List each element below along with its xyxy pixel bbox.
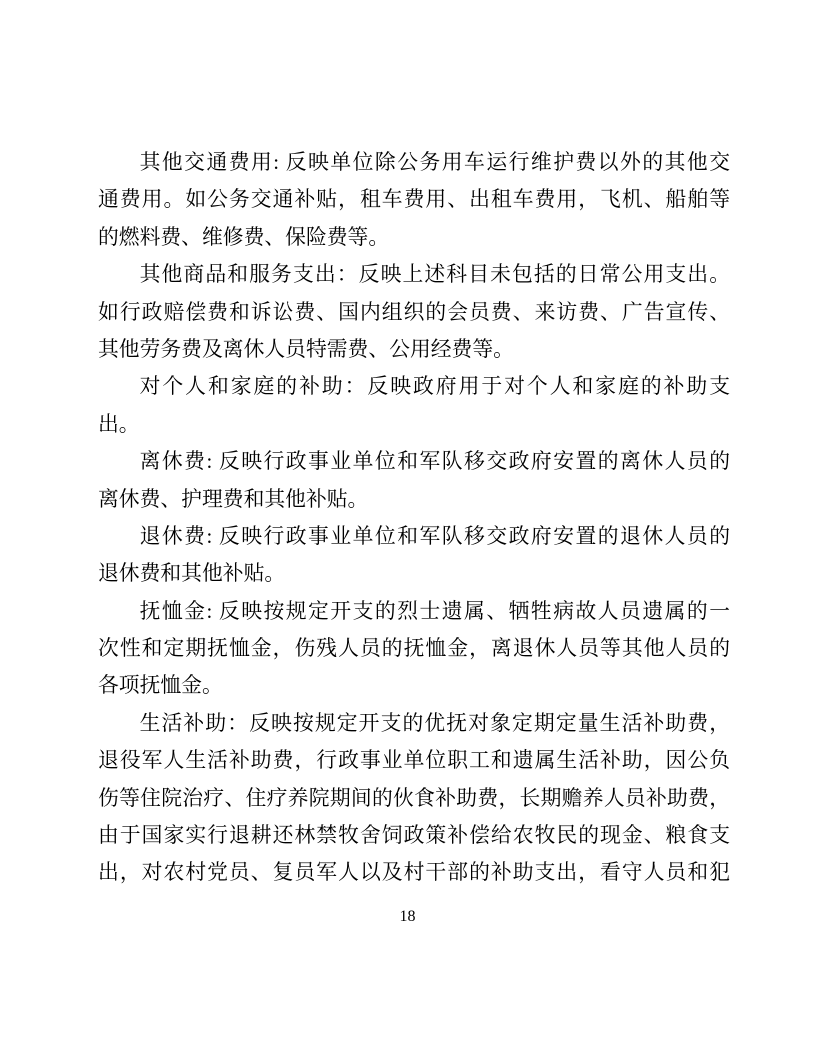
paragraph: 其他商品和服务支出：反映上述科目未包括的日常公用支出。如行政赔偿费和诉讼费、国内… (98, 256, 730, 368)
text-line: 次性和定期抚恤金，伤残人员的抚恤金，离退休人员等其他人员的 (98, 630, 730, 667)
text-line: 退休费和其他补贴。 (98, 555, 730, 592)
text-line: 退役军人生活补助费，行政事业单位职工和遗属生活补助，因公负 (98, 742, 730, 779)
paragraph: 抚恤金: 反映按规定开支的烈士遗属、牺牲病故人员遗属的一次性和定期抚恤金，伤残人… (98, 593, 730, 705)
text-line: 抚恤金: 反映按规定开支的烈士遗属、牺牲病故人员遗属的一 (98, 593, 730, 630)
text-line: 离休费: 反映行政事业单位和军队移交政府安置的离休人员的 (98, 443, 730, 480)
text-line: 对个人和家庭的补助：反映政府用于对个人和家庭的补助支 (98, 368, 730, 405)
paragraph: 退休费: 反映行政事业单位和军队移交政府安置的退休人员的退休费和其他补贴。 (98, 518, 730, 593)
text-line: 各项抚恤金。 (98, 667, 730, 704)
text-line: 其他劳务费及离休人员特需费、公用经费等。 (98, 331, 730, 368)
text-line: 如行政赔偿费和诉讼费、国内组织的会员费、来访费、广告宣传、 (98, 294, 730, 331)
text-line: 离休费、护理费和其他补贴。 (98, 481, 730, 518)
paragraph: 对个人和家庭的补助：反映政府用于对个人和家庭的补助支出。 (98, 368, 730, 443)
text-line: 生活补助：反映按规定开支的优抚对象定期定量生活补助费， (98, 705, 730, 742)
text-line: 出，对农村党员、复员军人以及村干部的补助支出，看守人员和犯 (98, 854, 730, 891)
text-line: 伤等住院治疗、住疗养院期间的伙食补助费，长期赡养人员补助费， (98, 780, 730, 817)
paragraph: 其他交通费用: 反映单位除公务用车运行维护费以外的其他交通费用。如公务交通补贴，… (98, 144, 730, 256)
body-text: 其他交通费用: 反映单位除公务用车运行维护费以外的其他交通费用。如公务交通补贴，… (98, 144, 730, 892)
text-line: 通费用。如公务交通补贴，租车费用、出租车费用，飞机、船舶等 (98, 181, 730, 218)
text-line: 其他交通费用: 反映单位除公务用车运行维护费以外的其他交 (98, 144, 730, 181)
text-line: 的燃料费、维修费、保险费等。 (98, 219, 730, 256)
page-number: 18 (0, 909, 815, 925)
text-line: 退休费: 反映行政事业单位和军队移交政府安置的退休人员的 (98, 518, 730, 555)
text-line: 由于国家实行退耕还林禁牧舍饲政策补偿给农牧民的现金、粮食支 (98, 817, 730, 854)
paragraph: 离休费: 反映行政事业单位和军队移交政府安置的离休人员的离休费、护理费和其他补贴… (98, 443, 730, 518)
document-page: 其他交通费用: 反映单位除公务用车运行维护费以外的其他交通费用。如公务交通补贴，… (0, 0, 815, 1055)
paragraph: 生活补助：反映按规定开支的优抚对象定期定量生活补助费，退役军人生活补助费，行政事… (98, 705, 730, 892)
text-line: 出。 (98, 406, 730, 443)
text-line: 其他商品和服务支出：反映上述科目未包括的日常公用支出。 (98, 256, 730, 293)
